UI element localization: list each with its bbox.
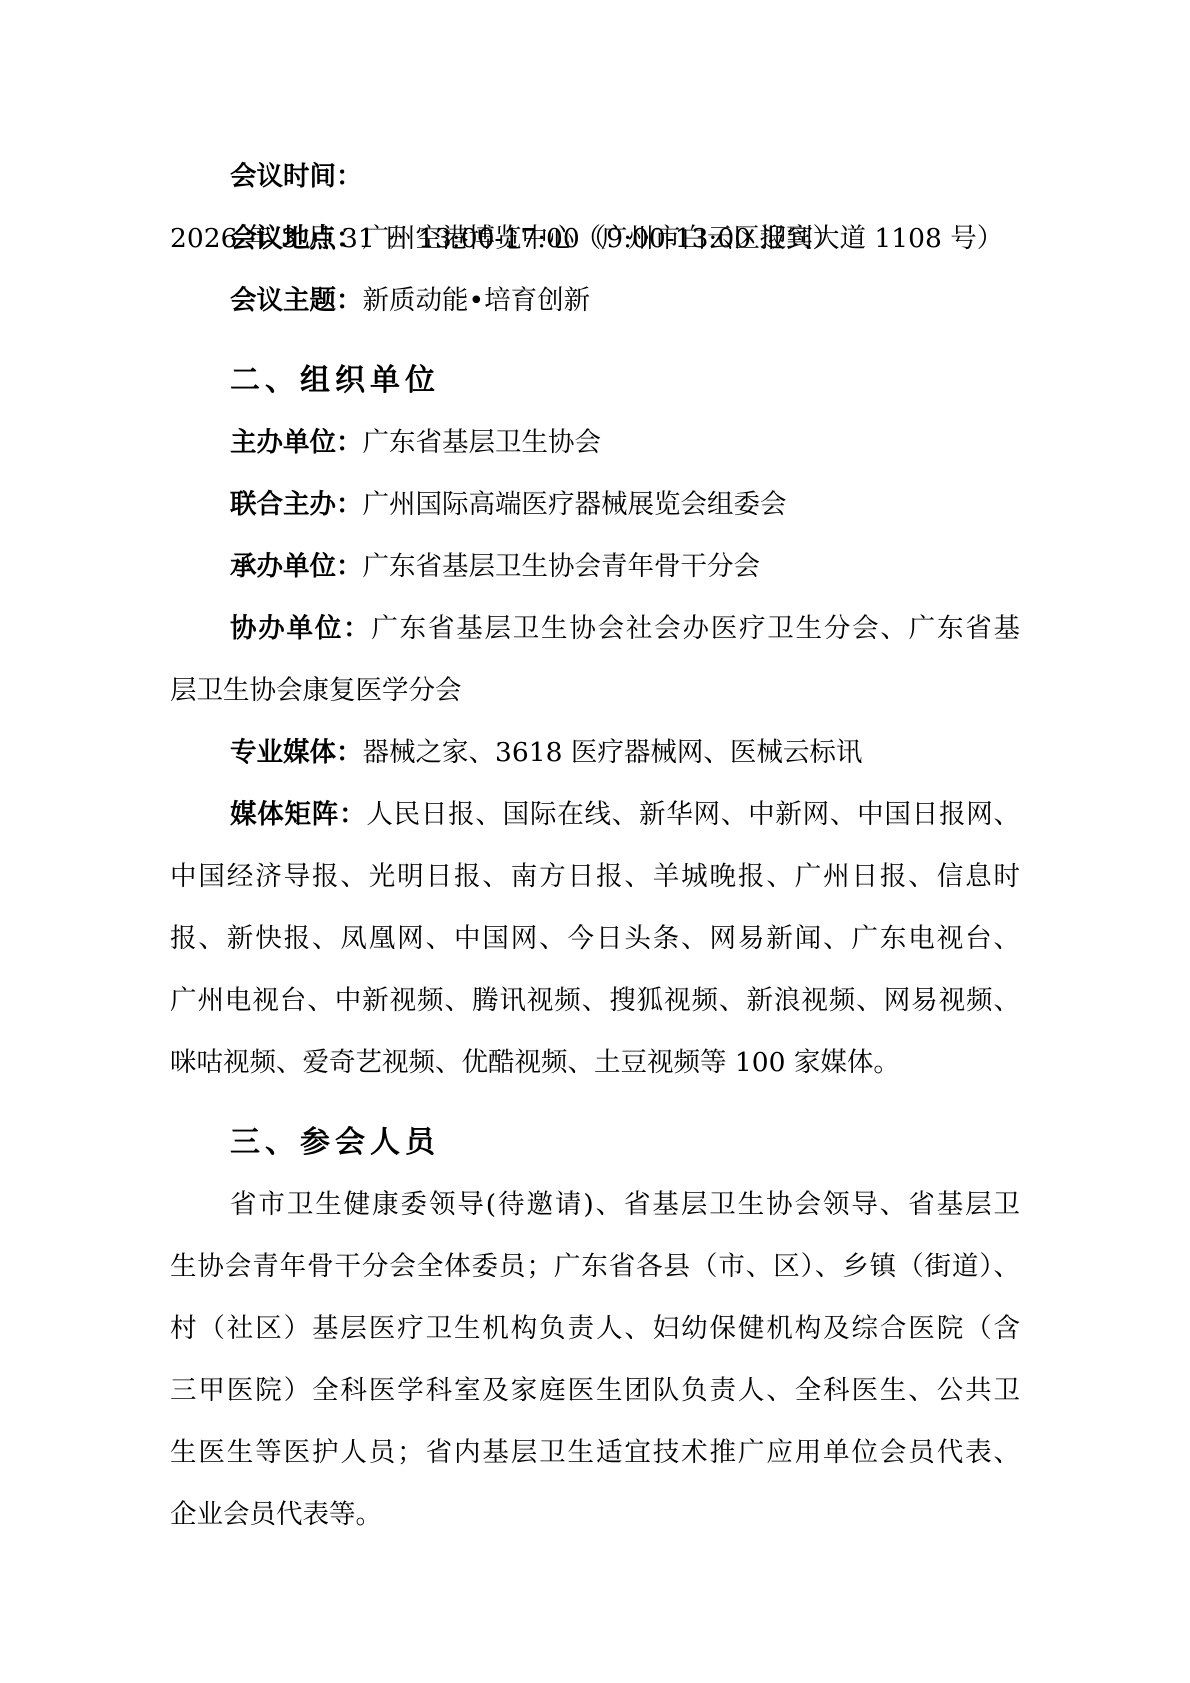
- body-text: 报、新快报、凤凰网、中国网、今日头条、网易新闻、广东电视台、: [170, 923, 1020, 954]
- attendees-line-3: 村（社区）基层医疗卫生机构负责人、妇幼保健机构及综合医院（含: [170, 1298, 1020, 1360]
- body-text: 广东省基层卫生协会: [363, 427, 602, 458]
- heading-text: 三、参会人员: [230, 1125, 440, 1160]
- attendees-line-5: 生医生等医护人员；省内基层卫生适宜技术推广应用单位会员代表、: [170, 1422, 1020, 1484]
- field-label: 协办单位：: [230, 613, 371, 644]
- media-matrix-line-1: 媒体矩阵：人民日报、国际在线、新华网、中新网、中国日报网、: [170, 784, 1020, 846]
- section-heading-attendees: 三、参会人员: [170, 1112, 1020, 1174]
- body-text: 咪咕视频、爱奇艺视频、优酷视频、土豆视频等 100 家媒体。: [170, 1047, 900, 1078]
- body-text: 省市卫生健康委领导(待邀请)、省基层卫生协会领导、省基层卫: [230, 1189, 1020, 1220]
- body-text: 广东省基层卫生协会青年骨干分会: [363, 551, 761, 582]
- co-organizer-line-1: 协办单位：广东省基层卫生协会社会办医疗卫生分会、广东省基: [170, 598, 1020, 660]
- field-label: 会议地点：: [230, 223, 363, 254]
- joint-host-line: 联合主办：广州国际高端医疗器械展览会组委会: [170, 474, 1020, 536]
- media-matrix-line-4: 广州电视台、中新视频、腾讯视频、搜狐视频、新浪视频、网易视频、: [170, 970, 1020, 1032]
- co-organizer-line-2: 层卫生协会康复医学分会: [170, 660, 1020, 722]
- field-label: 承办单位：: [230, 551, 363, 582]
- body-text: 广州空港博览中心（广州市白云区迎宾大道 1108 号）: [363, 223, 1004, 254]
- document-page: 会议时间：2026 年 3 月 31 日 13:00-17:00（9:00-13…: [0, 0, 1190, 1683]
- attendees-line-4: 三甲医院）全科医学科室及家庭医生团队负责人、全科医生、公共卫: [170, 1360, 1020, 1422]
- body-text: 三甲医院）全科医学科室及家庭医生团队负责人、全科医生、公共卫: [170, 1375, 1020, 1406]
- field-label: 主办单位：: [230, 427, 363, 458]
- field-label: 联合主办：: [230, 489, 363, 520]
- attendees-line-2: 生协会青年骨干分会全体委员；广东省各县（市、区）、乡镇（街道）、: [170, 1236, 1020, 1298]
- heading-text: 二、组织单位: [230, 363, 440, 398]
- body-text: 企业会员代表等。: [170, 1499, 382, 1530]
- professional-media-line: 专业媒体：器械之家、3618 医疗器械网、医械云标讯: [170, 722, 1020, 784]
- field-label: 会议时间：: [230, 161, 363, 192]
- meeting-venue-line: 会议地点：广州空港博览中心（广州市白云区迎宾大道 1108 号）: [170, 208, 1020, 270]
- body-text: 村（社区）基层医疗卫生机构负责人、妇幼保健机构及综合医院（含: [170, 1313, 1020, 1344]
- body-text: 新质动能•培育创新: [363, 285, 591, 316]
- body-text: 器械之家、3618 医疗器械网、医械云标讯: [363, 737, 863, 768]
- meeting-theme-line: 会议主题：新质动能•培育创新: [170, 270, 1020, 332]
- document-content: 会议时间：2026 年 3 月 31 日 13:00-17:00（9:00-13…: [170, 146, 1020, 1546]
- body-text: 层卫生协会康复医学分会: [170, 675, 462, 706]
- body-text: 广州电视台、中新视频、腾讯视频、搜狐视频、新浪视频、网易视频、: [170, 985, 1020, 1016]
- field-label: 专业媒体：: [230, 737, 363, 768]
- body-text: 中国经济导报、光明日报、南方日报、羊城晚报、广州日报、信息时: [170, 861, 1020, 892]
- media-matrix-line-5: 咪咕视频、爱奇艺视频、优酷视频、土豆视频等 100 家媒体。: [170, 1032, 1020, 1094]
- body-text: 广州国际高端医疗器械展览会组委会: [363, 489, 787, 520]
- body-text: 生协会青年骨干分会全体委员；广东省各县（市、区）、乡镇（街道）、: [170, 1251, 1020, 1282]
- attendees-line-1: 省市卫生健康委领导(待邀请)、省基层卫生协会领导、省基层卫: [170, 1174, 1020, 1236]
- body-text: 人民日报、国际在线、新华网、中新网、中国日报网、: [366, 799, 1020, 830]
- field-label: 会议主题：: [230, 285, 363, 316]
- body-text: 广东省基层卫生协会社会办医疗卫生分会、广东省基: [371, 613, 1020, 644]
- meeting-time-line: 会议时间：2026 年 3 月 31 日 13:00-17:00（9:00-13…: [170, 146, 1020, 208]
- field-label: 媒体矩阵：: [230, 799, 366, 830]
- attendees-line-6: 企业会员代表等。: [170, 1484, 1020, 1546]
- host-unit-line: 主办单位：广东省基层卫生协会: [170, 412, 1020, 474]
- media-matrix-line-2: 中国经济导报、光明日报、南方日报、羊城晚报、广州日报、信息时: [170, 846, 1020, 908]
- section-heading-organizers: 二、组织单位: [170, 350, 1020, 412]
- body-text: 生医生等医护人员；省内基层卫生适宜技术推广应用单位会员代表、: [170, 1437, 1020, 1468]
- organizer-unit-line: 承办单位：广东省基层卫生协会青年骨干分会: [170, 536, 1020, 598]
- media-matrix-line-3: 报、新快报、凤凰网、中国网、今日头条、网易新闻、广东电视台、: [170, 908, 1020, 970]
